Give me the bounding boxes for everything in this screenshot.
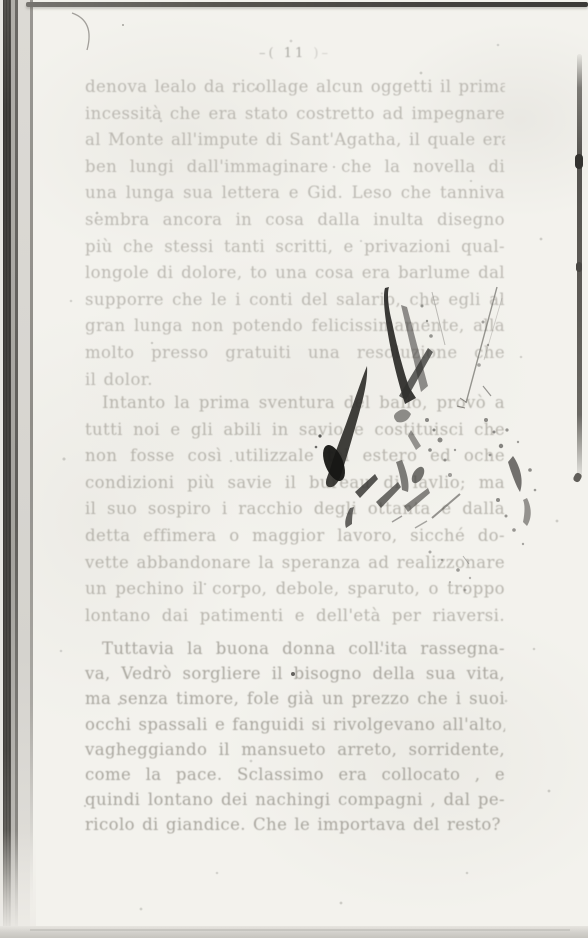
page-header: –( 11 )– xyxy=(85,46,505,61)
gutter-bottom-fade xyxy=(0,830,36,938)
page-bottom-edge-line xyxy=(30,929,570,931)
page-top-edge-shadow xyxy=(26,2,588,7)
text-line: vagheggiando il mansueto arreto, sorride… xyxy=(85,737,505,762)
text-line: Tuttavia la buona donna coll'ita rassegn… xyxy=(85,636,505,661)
text-line: va, Vedrò sorgliere il bisogno della sua… xyxy=(85,661,505,686)
text-line: quindi lontano dei nachingi compagni , d… xyxy=(85,787,505,812)
text-line: una lunga sua lettera e Gid. Leso che ta… xyxy=(85,180,505,207)
page-right-edge-shadow xyxy=(577,54,582,478)
right-edge-ink-blob xyxy=(575,154,583,169)
gutter-band-dark xyxy=(3,0,11,938)
right-edge-ink-blob-small xyxy=(576,262,582,272)
text-line: denova lealo da ricollage alcun oggetti … xyxy=(85,74,505,101)
ink-blot xyxy=(280,260,550,610)
paragraph-3: Tuttavia la buona donna coll'ita rassegn… xyxy=(85,636,505,838)
page-number-suffix: )– xyxy=(313,46,331,61)
paper-speckle-noise xyxy=(0,0,2,2)
text-line: al Monte all'impute di Sant'Agatha, il q… xyxy=(85,127,505,154)
text-line: incessità che era stato costretto ad imp… xyxy=(85,101,505,128)
text-line: ma senza timore, fole già un prezzo che … xyxy=(85,686,505,711)
text-line: occhi spassali e fanguidi si rivolgevano… xyxy=(85,712,505,737)
scanned-book-page: –( 11 )– denova lealo da ricollage alcun… xyxy=(0,0,588,938)
page-number: 11 xyxy=(284,46,307,61)
tiny-speck xyxy=(122,24,124,26)
text-line: più che stessi tanti scritti, e privazio… xyxy=(85,234,505,261)
text-line: sembra ancora in cosa dalla inulta diseg… xyxy=(85,207,505,234)
text-line: ricolo di giandice. Che le importava del… xyxy=(85,812,505,837)
page-number-prefix: –( xyxy=(259,46,277,61)
page-inner-edge-line xyxy=(30,0,33,938)
text-line: come la pace. Sclassimo era collocato , … xyxy=(85,762,505,787)
right-edge-hook-mark xyxy=(572,472,582,483)
page-bottom-edge-shadow xyxy=(0,926,588,938)
page-edges-stack xyxy=(18,0,30,938)
text-line: ben lungi dall'immaginare che la novella… xyxy=(85,154,505,181)
